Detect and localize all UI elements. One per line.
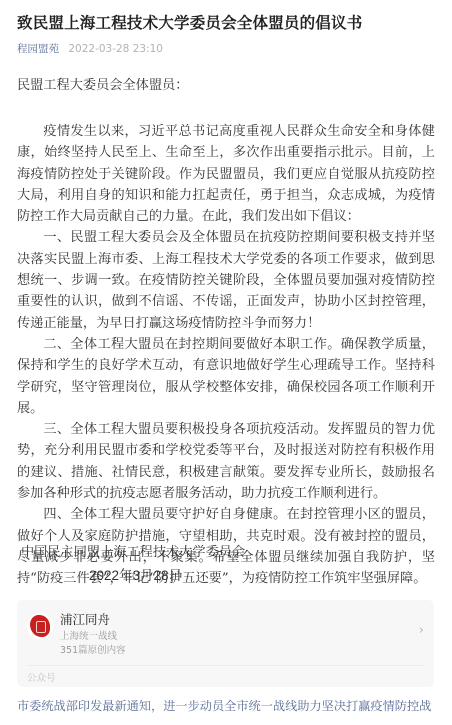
signature-date: 2022年3月28日 <box>89 564 182 584</box>
account-card-subtitle: 上海统一战线 <box>60 628 117 642</box>
seal-mark <box>36 621 46 633</box>
account-card[interactable]: 浦江同舟 上海统一战线 351篇原创内容 › 公众号 <box>17 600 434 687</box>
account-card-original-count: 351篇原创内容 <box>60 642 126 656</box>
article-title: 致民盟上海工程技术大学委员会全体盟员的倡议书 <box>17 11 362 33</box>
account-avatar <box>27 613 53 639</box>
greeting: 民盟工程大委员会全体盟员： <box>17 75 435 96</box>
paragraph-proposal-2: 二、全体工程大盟员在封控期间要做好本职工作。确保教学质量，保持和学生的良好学术互… <box>17 334 435 419</box>
publish-time: 2022-03-28 23:10 <box>68 43 163 55</box>
paragraph-proposal-1: 一、民盟工程大委员会及全体盟员在抗疫防控期间要积极支持并坚决落实民盟上海市委、上… <box>17 227 435 333</box>
chevron-right-icon: › <box>419 623 424 638</box>
card-divider <box>27 665 424 666</box>
account-card-type: 公众号 <box>27 670 56 684</box>
related-article-link[interactable]: 市委统战部印发最新通知，进一步动员全市统一战线助力坚决打赢疫情防控战 <box>17 697 431 714</box>
paragraph-intro: 疫情发生以来，习近平总书记高度重视人民群众生命安全和身体健康，始终坚持人民至上、… <box>17 121 435 227</box>
account-link[interactable]: 程园盟苑 <box>17 43 59 55</box>
paragraph-proposal-3: 三、全体工程大盟员要积极投身各项抗疫活动。发挥盟员的智力优势，充分利用民盟市委和… <box>17 419 435 504</box>
article-meta: 程园盟苑 2022-03-28 23:10 <box>17 41 163 56</box>
account-card-name: 浦江同舟 <box>60 610 110 628</box>
signature-organization: 中国民主同盟上海工程技术大学委员会 <box>21 541 245 560</box>
article-body: 疫情发生以来，习近平总书记高度重视人民群众生命安全和身体健康，始终坚持人民至上、… <box>17 121 435 590</box>
red-seal-logo-icon <box>30 615 50 637</box>
